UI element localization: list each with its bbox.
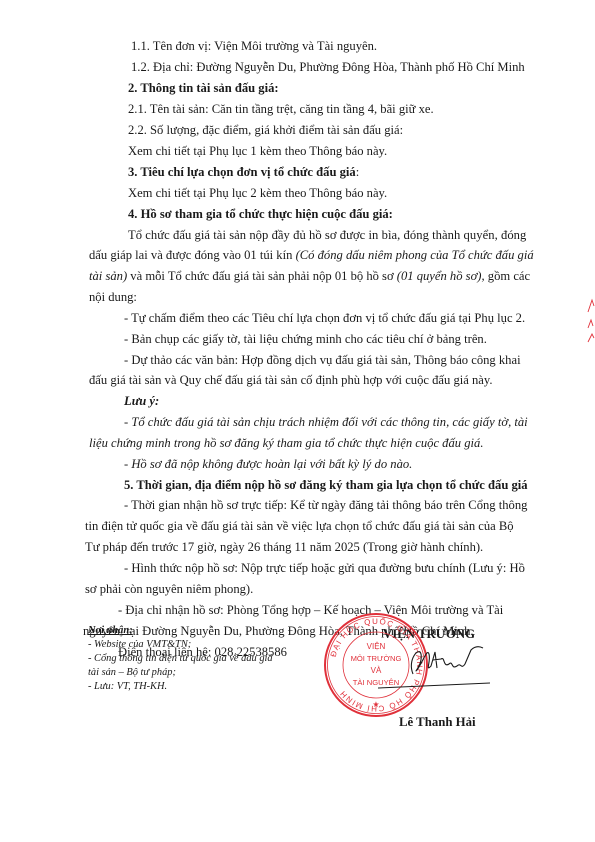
para-italic: (01 quyển hồ sơ), [397, 269, 485, 283]
section-3-heading: 3. Tiêu chí lựa chọn đơn vị tổ chức đấu … [128, 164, 359, 180]
appendix-1-ref: Xem chi tiết tại Phụ lục 1 kèm theo Thôn… [128, 143, 387, 159]
content-item: - Bản chụp các giấy tờ, tài liệu chứng m… [124, 331, 487, 347]
section-5-heading: 5. Thời gian, địa điểm nộp hồ sơ đăng ký… [124, 477, 528, 493]
note-item: - Hồ sơ đã nộp không được hoàn lại với b… [124, 456, 412, 472]
content-item-cont: đấu giá tài sản và Quy chế đấu giá tài s… [89, 372, 493, 388]
unit-name: 1.1. Tên đơn vị: Viện Môi trường và Tài … [131, 38, 377, 54]
signature-underline [378, 682, 490, 690]
svg-text:VIỆN: VIỆN [367, 642, 386, 651]
recipient-item: - Website của VMT&TN; [88, 638, 191, 651]
note-item-cont: liệu chứng minh trong hồ sơ đăng ký tham… [89, 435, 483, 451]
appendix-2-ref: Xem chi tiết tại Phụ lục 2 kèm theo Thôn… [128, 185, 387, 201]
recipient-item: - Lưu: VT, TH-KH. [88, 680, 167, 693]
svg-text:MÔI TRƯỜNG: MÔI TRƯỜNG [351, 654, 402, 663]
section-4-para-line-2: dấu giáp lai và được đóng vào 01 túi kín… [89, 247, 534, 263]
section-5-line: tin điện tử quốc gia về đấu giá tài sản … [85, 518, 514, 534]
note-item: - Tổ chức đấu giá tài sản chịu trách nhi… [124, 414, 528, 430]
section-5-line: sơ phải còn nguyên niêm phong). [85, 581, 253, 597]
section-4-para-line-1: Tổ chức đấu giá tài sản nộp đầy đủ hồ sơ… [128, 227, 526, 243]
svg-text:★: ★ [372, 700, 379, 709]
note-heading: Lưu ý: [124, 393, 159, 409]
para-italic: (Có đóng dấu niêm phong của Tổ chức đấu … [296, 248, 534, 262]
section-4-heading: 4. Hồ sơ tham gia tổ chức thực hiện cuộc… [128, 206, 393, 222]
section-2-heading: 2. Thông tin tài sản đấu giá: [128, 80, 279, 96]
para-italic: tài sản) [89, 269, 127, 283]
section-3-heading-text: 3. Tiêu chí lựa chọn đơn vị tổ chức đấu … [128, 165, 356, 179]
section-5-line: - Địa chỉ nhận hồ sơ: Phòng Tổng hợp – K… [118, 602, 503, 618]
content-item: - Tự chấm điểm theo các Tiêu chí lựa chọ… [124, 310, 525, 326]
recipients-heading: Nơi nhận: [88, 624, 133, 637]
svg-text:VÀ: VÀ [371, 666, 382, 675]
content-item: - Dự thảo các văn bản: Hợp đồng dịch vụ … [124, 352, 521, 368]
section-5-line: - Thời gian nhận hồ sơ trực tiếp: Kể từ … [124, 497, 527, 513]
para-text: và mỗi Tổ chức đấu giá tài sản phải nộp … [127, 269, 397, 283]
asset-name: 2.1. Tên tài sản: Căn tin tầng trệt, căn… [128, 101, 434, 117]
para-text: gồm các [485, 269, 530, 283]
section-5-line: Tư pháp đến trước 17 giờ, ngày 26 tháng … [85, 539, 483, 555]
signature-scribble [405, 640, 485, 680]
section-3-colon: : [356, 165, 360, 179]
margin-mark [586, 298, 595, 344]
recipient-item: tài sản – Bộ tư pháp; [88, 666, 176, 679]
para-text: dấu giáp lai và được đóng vào 01 túi kín [89, 248, 296, 262]
section-4-para-line-4: nội dung: [89, 289, 137, 305]
signer-name: Lê Thanh Hải [399, 714, 476, 730]
section-5-line: - Hình thức nộp hồ sơ: Nộp trực tiếp hoặ… [124, 560, 525, 576]
unit-address: 1.2. Địa chỉ: Đường Nguyễn Du, Phường Đô… [131, 59, 525, 75]
asset-details: 2.2. Số lượng, đặc điểm, giá khởi điểm t… [128, 122, 403, 138]
recipient-item: - Cổng thông tin điện tử quốc gia về đấu… [88, 652, 273, 665]
section-4-para-line-3: tài sản) và mỗi Tổ chức đấu giá tài sản … [89, 268, 530, 284]
